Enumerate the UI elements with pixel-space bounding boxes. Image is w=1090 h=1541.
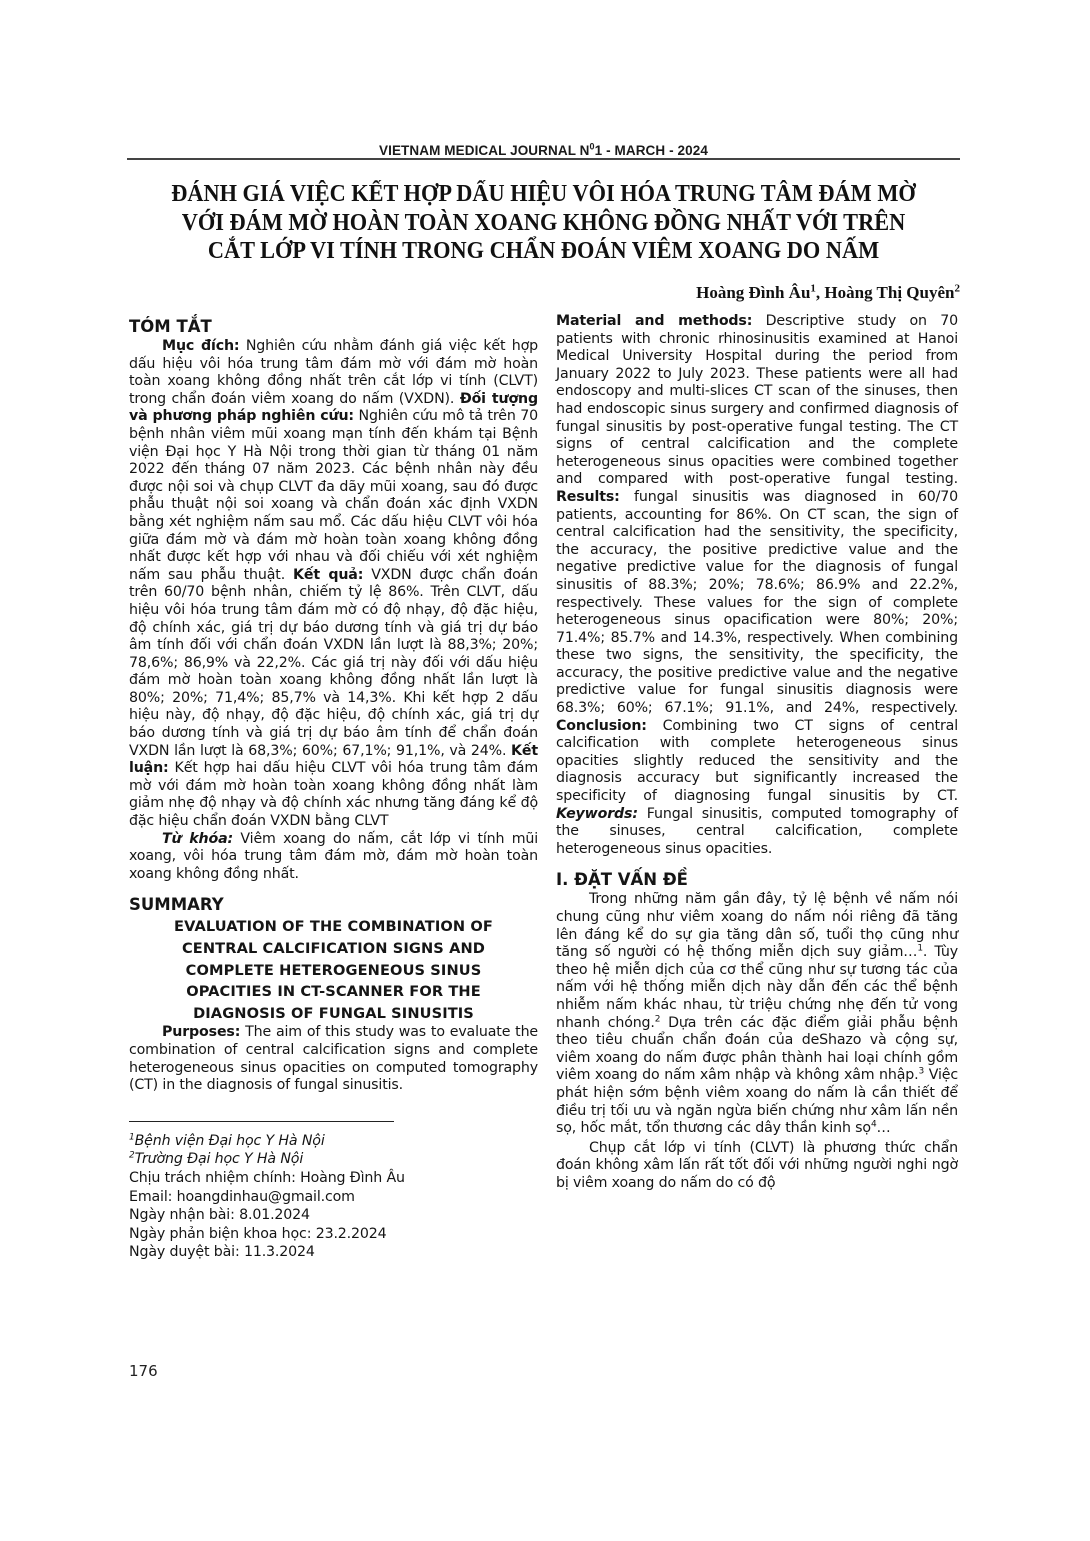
email: Email: hoangdinhau@gmail.com (129, 1188, 538, 1207)
introduction-paragraph-1: Trong những năm gần đây, tỷ lệ bệnh về n… (556, 891, 958, 1137)
journal-page: VIETNAM MEDICAL JOURNAL N01 - MARCH - 20… (0, 0, 1090, 1541)
keywords-vi-label: Từ khóa: (162, 831, 233, 847)
en-results-label: Results: (556, 489, 620, 505)
purpose-label: Mục đích: (162, 338, 239, 354)
corresponding-author: Chịu trách nhiệm chính: Hoàng Đình Âu (129, 1169, 538, 1188)
summary-title-line-5: DIAGNOSIS OF FUNGAL SINUSITIS (129, 1003, 538, 1025)
author-1-name: Hoàng Đình Âu (696, 283, 810, 302)
abstract-vi-heading: TÓM TẮT (129, 317, 538, 337)
header-rule (127, 158, 960, 160)
en-results-text: fungal sinusitis was diagnosed in 60/70 … (556, 489, 958, 716)
results-text: VXDN được chẩn đoán trên 60/70 bệnh nhân… (129, 567, 538, 759)
en-conclusion-label: Conclusion: (556, 718, 647, 734)
intro-text-a: Trong những năm gần đây, tỷ lệ bệnh về n… (556, 891, 958, 960)
title-line-1: ĐÁNH GIÁ VIỆC KẾT HỢP DẤU HIỆU VÔI HÓA T… (156, 180, 931, 209)
right-column: Material and methods: Descriptive study … (556, 313, 958, 1193)
article-title: ĐÁNH GIÁ VIỆC KẾT HỢP DẤU HIỆU VÔI HÓA T… (156, 180, 931, 266)
title-line-3: CẮT LỚP VI TÍNH TRONG CHẨN ĐOÁN VIÊM XOA… (156, 237, 931, 266)
methods-text: Nghiên cứu mô tả trên 70 bệnh nhân viêm … (129, 408, 538, 582)
conclusion-text: Kết hợp hai dấu hiệu CLVT vôi hóa trung … (129, 760, 538, 829)
accepted-date: Ngày duyệt bài: 11.3.2024 (129, 1243, 538, 1262)
purposes-paragraph: Purposes: The aim of this study was to e… (129, 1024, 538, 1094)
title-line-2: VỚI ĐÁM MỜ HOÀN TOÀN XOANG KHÔNG ĐỒNG NH… (156, 209, 931, 238)
summary-title: EVALUATION OF THE COMBINATION OF CENTRAL… (129, 916, 538, 1024)
purposes-label: Purposes: (162, 1024, 240, 1040)
received-date: Ngày nhận bài: 8.01.2024 (129, 1206, 538, 1225)
en-methods-text: Descriptive study on 70 patients with ch… (556, 313, 958, 487)
results-label: Kết quả: (293, 567, 363, 583)
affiliation-2: 2Trường Đại học Y Hà Nội (129, 1150, 538, 1169)
summary-title-line-4: OPACITIES IN CT-SCANNER FOR THE (129, 981, 538, 1003)
summary-heading: SUMMARY (129, 895, 538, 915)
introduction-paragraph-2: Chụp cắt lớp vi tính (CLVT) là phương th… (556, 1140, 958, 1193)
author-2-name: Hoàng Thị Quyên (824, 283, 954, 302)
en-keywords-label: Keywords: (556, 806, 638, 822)
left-column: TÓM TẮT Mục đích: Nghiên cứu nhằm đánh g… (129, 313, 538, 1262)
affiliation-2-text: Trường Đại học Y Hà Nội (135, 1151, 304, 1167)
footnotes: 1Bệnh viện Đại học Y Hà Nội 2Trường Đại … (129, 1132, 538, 1262)
introduction-heading: I. ĐẶT VẤN ĐỀ (556, 870, 958, 890)
running-head: VIETNAM MEDICAL JOURNAL N01 - MARCH - 20… (127, 143, 960, 158)
affiliation-1-text: Bệnh viện Đại học Y Hà Nội (135, 1133, 325, 1149)
author-list: Hoàng Đình Âu1, Hoàng Thị Quyên2 (696, 283, 960, 303)
issue-date: 1 - MARCH - 2024 (595, 143, 708, 158)
intro-text-e: … (877, 1120, 891, 1136)
keywords-vi: Từ khóa: Viêm xoang do nấm, cắt lớp vi t… (129, 831, 538, 884)
page-number: 176 (129, 1362, 158, 1380)
summary-title-line-2: CENTRAL CALCIFICATION SIGNS AND (129, 938, 538, 960)
summary-title-line-1: EVALUATION OF THE COMBINATION OF (129, 916, 538, 938)
review-date: Ngày phản biện khoa học: 23.2.2024 (129, 1225, 538, 1244)
author-2-affiliation: 2 (955, 282, 961, 294)
summary-title-line-3: COMPLETE HETEROGENEOUS SINUS (129, 960, 538, 982)
abstract-vi-body: Mục đích: Nghiên cứu nhằm đánh giá việc … (129, 338, 538, 831)
affiliation-1: 1Bệnh viện Đại học Y Hà Nội (129, 1132, 538, 1151)
en-methods-label: Material and methods: (556, 313, 752, 329)
footnote-rule (129, 1121, 394, 1122)
summary-body: Material and methods: Descriptive study … (556, 313, 958, 858)
journal-name: VIETNAM MEDICAL JOURNAL N (379, 143, 590, 158)
